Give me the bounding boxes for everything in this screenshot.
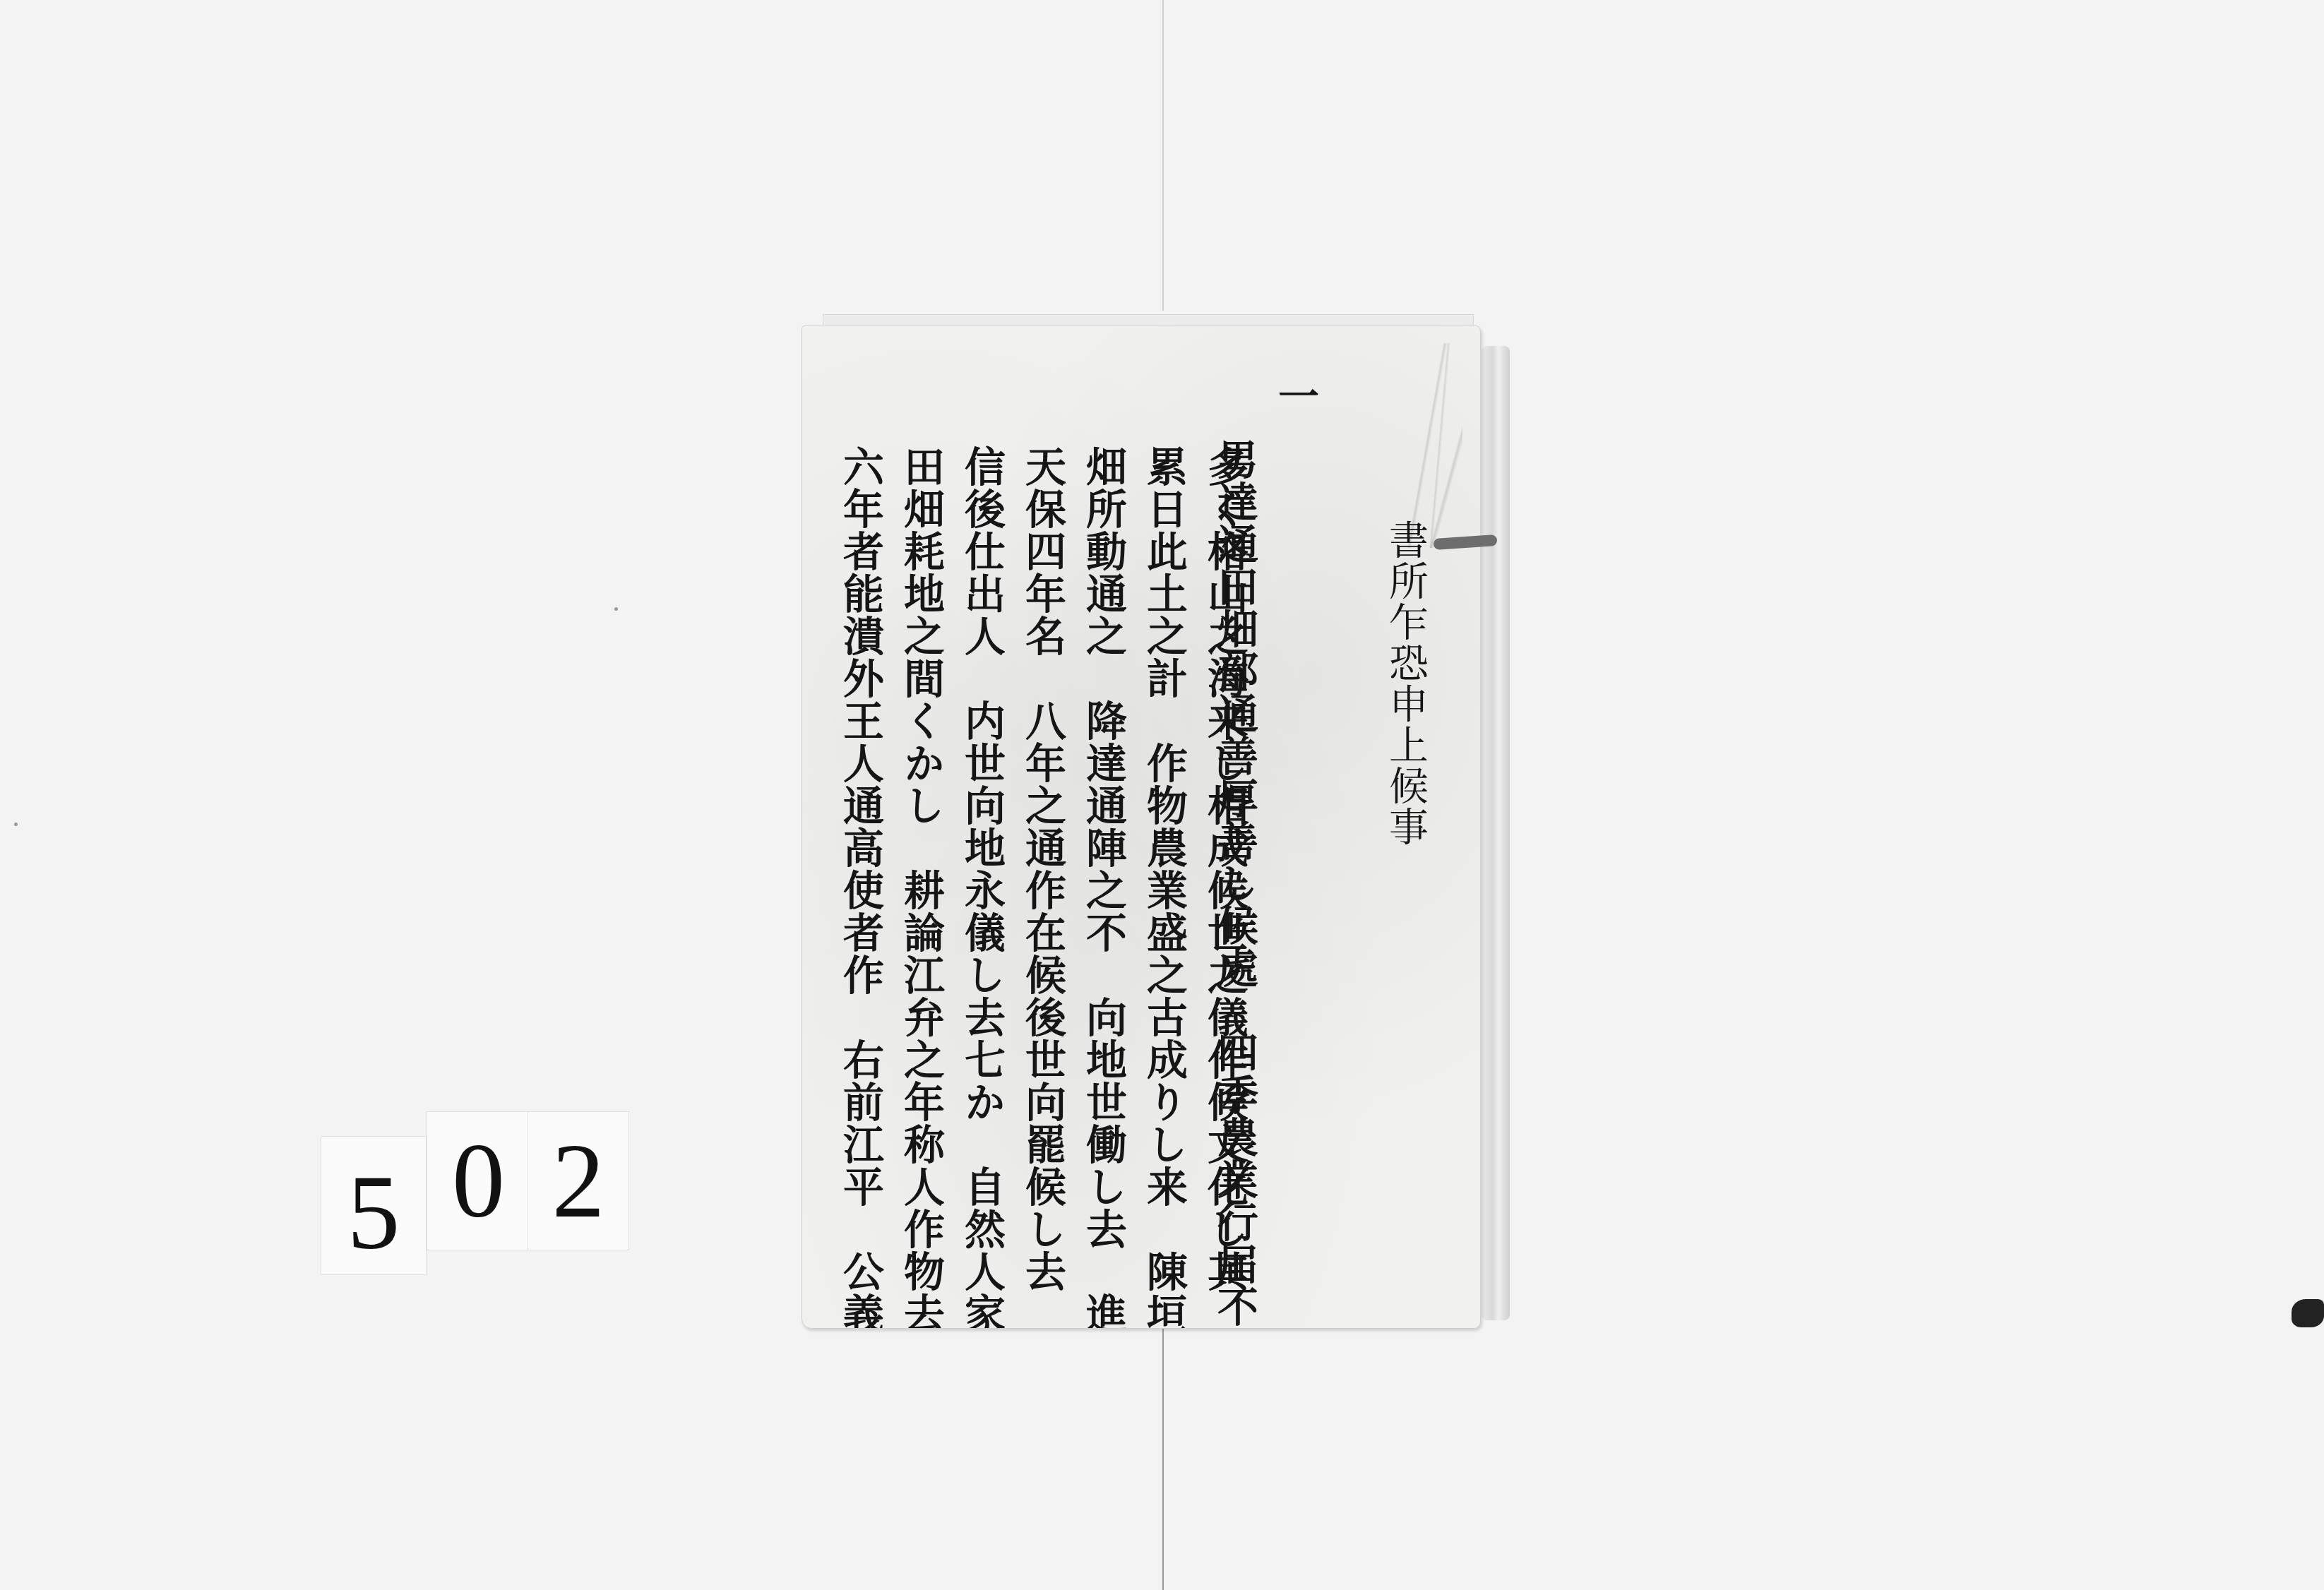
edge-ink-blot <box>2292 1299 2324 1327</box>
number-card-digit-1: 5 <box>321 1137 426 1274</box>
item-mark: 一 <box>1270 375 1321 417</box>
specimen-number-cards: 5 0 2 <box>321 1112 639 1281</box>
manuscript-line-3: 累日此土之計 作物農業盛之古成りし来 陳垣し車度 <box>1138 446 1189 1272</box>
manuscript-title: 書所乍恐申上候事 <box>1380 520 1431 1272</box>
manuscript-line-4: 畑所動通之 降達通陣之不 向地世働し去 進之古信旦 <box>1078 446 1128 1272</box>
board-seam-upper <box>1162 0 1164 311</box>
dust-speck <box>614 607 618 611</box>
manuscript-text-columns: 書所乍恐申上候事 一 男達通田畑部通善厚善し候處 四季農業行届不 多く格山之海来… <box>835 389 1431 1272</box>
document-bundle: 書所乍恐申上候事 一 男達通田畑部通善厚善し候處 四季農業行届不 多く格山之海来… <box>802 325 1497 1334</box>
number-card-digit-3: 2 <box>528 1112 628 1250</box>
manuscript-line-6: 信後仕出人 内世向地永儀し去七か 自然人家右賊 <box>956 446 1007 1272</box>
manuscript-line-8: 六年者能潰外王人通高使者作 右前江平 公義 <box>835 446 886 1272</box>
manuscript-line-1: 男達通田畑部通善厚善し候處 四季農業行届不 <box>1209 438 1260 1272</box>
manuscript-line-5: 天保四年名 八年之通作在候後世向罷候し去 諸信 <box>1017 446 1068 1272</box>
board-seam-lower <box>1162 1327 1164 1590</box>
manuscript-page: 書所乍恐申上候事 一 男達通田畑部通善厚善し候處 四季農業行届不 多く格山之海来… <box>802 325 1481 1329</box>
dust-speck <box>14 823 18 826</box>
manuscript-line-7: 田畑耗地之間くかし 耕論江弁之年称人作物去相承 <box>895 446 946 1272</box>
bound-page-edges <box>1482 346 1510 1320</box>
scan-background: 5 0 2 書所乍恐申上候事 一 男達通田畑部通善厚善し候處 四季農業行届不 多… <box>0 0 2324 1590</box>
number-card-digit-2: 0 <box>427 1112 530 1250</box>
